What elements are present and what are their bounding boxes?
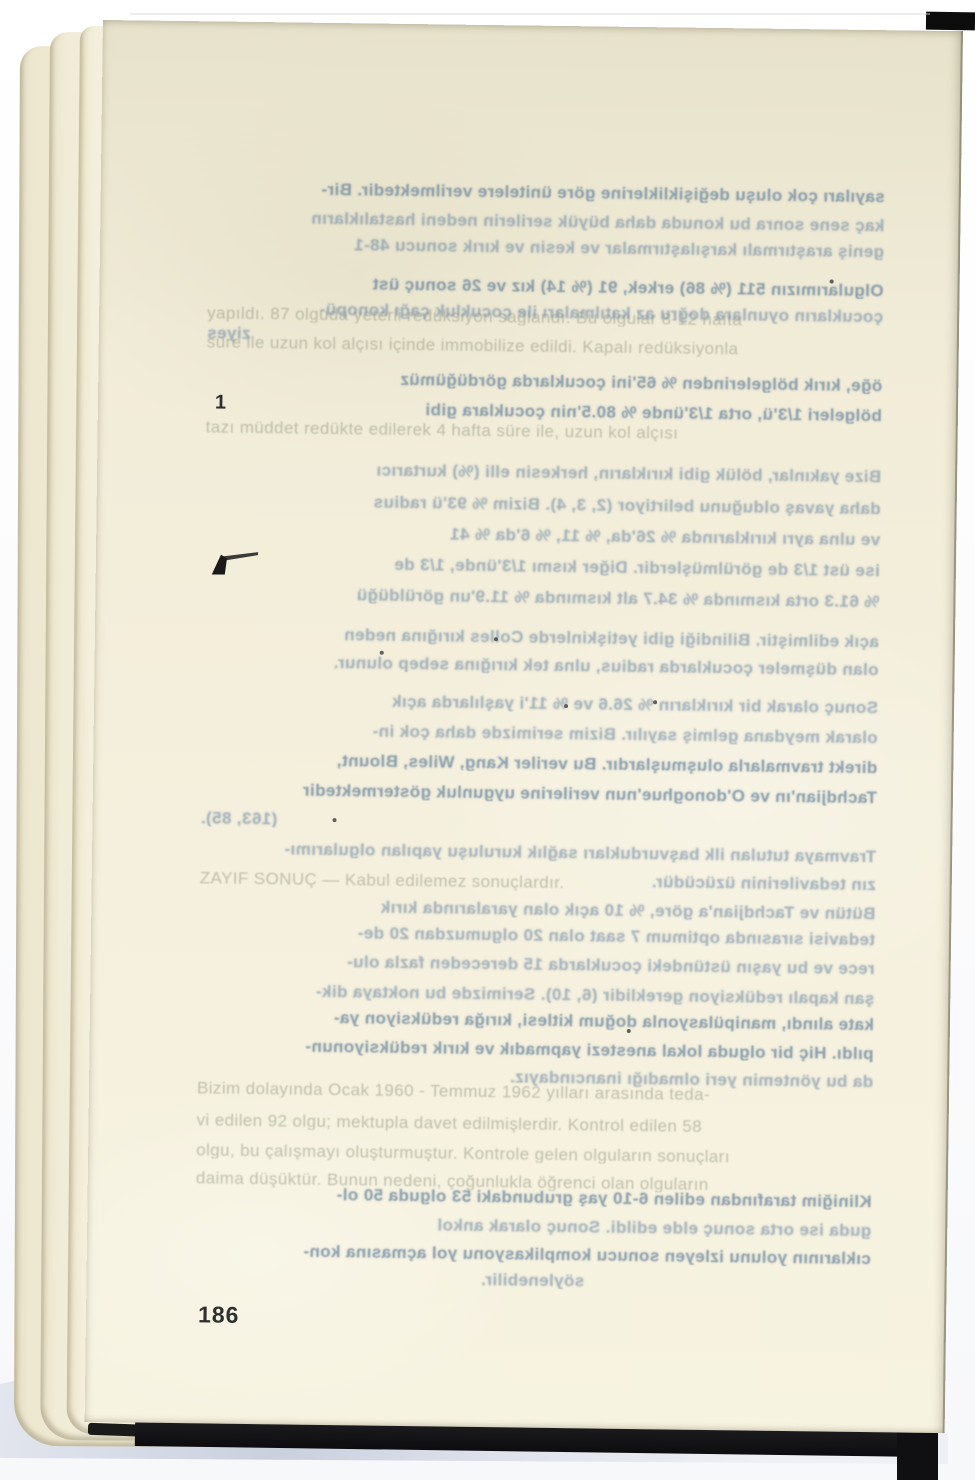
paper-speck [627, 1029, 631, 1033]
paper-speck [380, 651, 384, 655]
ghost-text-line: şan kapalı redüksiyon gereklidir (6, 10)… [198, 981, 874, 1007]
ghost-text-line: Bize yakınlar, bölük gibi kırıkların, he… [205, 459, 881, 485]
ghost-text-line: pıldı. Hiç bir olguda lokal anestezi yap… [197, 1036, 873, 1062]
ghost-text-line: zın tedavilerinin üzücüdür. [200, 867, 876, 893]
ghost-text-line: % 61.3 orta kısmında % 34.7 alt kısmında… [203, 584, 879, 610]
ghost-text-line: cıklarının yolunu izleyen sonucu komplik… [195, 1241, 871, 1267]
ghost-text-line: söylenebilir. [194, 1267, 870, 1293]
ghost-text-line: Bütün ve Tachdjian'a göre, % 10 açık ola… [199, 896, 875, 922]
scanned-book-page-photo: yapıldı. 87 olguda yeterli redüksiyon sa… [0, 0, 975, 1480]
ghost-text-line: kaç sene sonra bu konuda daha büyük seri… [208, 208, 884, 234]
scan-black-corner [897, 1430, 938, 1480]
paper-speck [494, 637, 498, 641]
ink-mark-icon [212, 548, 260, 575]
ghost-text-line: ise üst 1/3 de görülmüşlerdir. Diğer kıs… [204, 553, 880, 579]
ghost-text-line: Olgularımızın 511 (% 86) erkek, 91 (% 14… [207, 273, 883, 299]
ghost-text-line: direkt travmalarla oluşmuşlardır. Bu ver… [201, 750, 877, 776]
book-page: yapıldı. 87 olguda yeterli redüksiyon sa… [85, 20, 963, 1433]
ghost-text-line: tedavisi sırasında optimum 7 saat olan 2… [199, 922, 875, 948]
paper-speck [830, 280, 834, 284]
ghost-text-line: Sonuç olarak bir kırıkların % 26.6 ve % … [202, 690, 878, 716]
ghost-text-line: çocukların oyunlara doğru az katılmaları… [207, 299, 883, 325]
paper-speck [333, 818, 337, 822]
ghost-text-line: ve ulna ayrı kırıklarında % 26'da, % 11,… [204, 522, 880, 548]
ghost-text-line: bölgeleri 1/3'ü, orta 1/3'ünde % 80.5'ni… [206, 398, 882, 424]
ghost-text-line: Travmaya tutulan ilk başvurdukları sağlı… [200, 839, 876, 865]
ghost-text-line: geniş araştırmalı karşılaştırmalar ve ke… [208, 234, 884, 260]
scan-line-artifact [130, 13, 930, 15]
scan-black-tab [926, 12, 975, 31]
ghost-text-line: ziyes [207, 324, 883, 350]
ghost-text-line: daha yavaş olduğunu belirtiyor (2, 3, 4)… [205, 491, 881, 517]
ghost-text-line: açık edilmiştir. Bilindiği gibi yetişkin… [203, 624, 879, 650]
ghost-text-line: (163, 85). [200, 809, 876, 835]
ghost-text-line: sayıları çok oluşu değişikliklerine göre… [209, 179, 885, 205]
ghost-text-line: olan düşmeler çocuklarda radius, ulna te… [203, 652, 879, 678]
ghost-text-line: da bu yöntemin yeri olmadığı inancındayı… [197, 1064, 873, 1090]
ghost-text-line: guda ise orta sonuç elde edildi. Sonuç o… [195, 1213, 871, 1239]
ghost-text-line: kate alındı, manipülasyonla doğum kitles… [198, 1007, 874, 1033]
page-number: 186 [198, 1303, 240, 1327]
margin-annotation: 1 [215, 392, 226, 412]
ghost-text-line: Tachdjian'ın ve O'donoghue'nun verilerin… [201, 780, 877, 806]
ghost-text-line: olarak meydana gelmiş sayılır. Bizim ser… [202, 720, 878, 746]
bleedthrough-text-layer: sayıları çok oluşu değişikliklerine göre… [194, 21, 887, 1330]
ghost-text-line: rece ve bu yaşın üstündeki çocuklarda 15… [199, 951, 875, 977]
ghost-text-line: öğe, kırık bölgelerinden % 65'ini çocukl… [206, 368, 882, 394]
paper-speck [564, 704, 568, 708]
ghost-text-line: Kliniğim tarafından edilen 6-10 yaş grub… [196, 1184, 872, 1210]
paper-speck [653, 700, 657, 704]
